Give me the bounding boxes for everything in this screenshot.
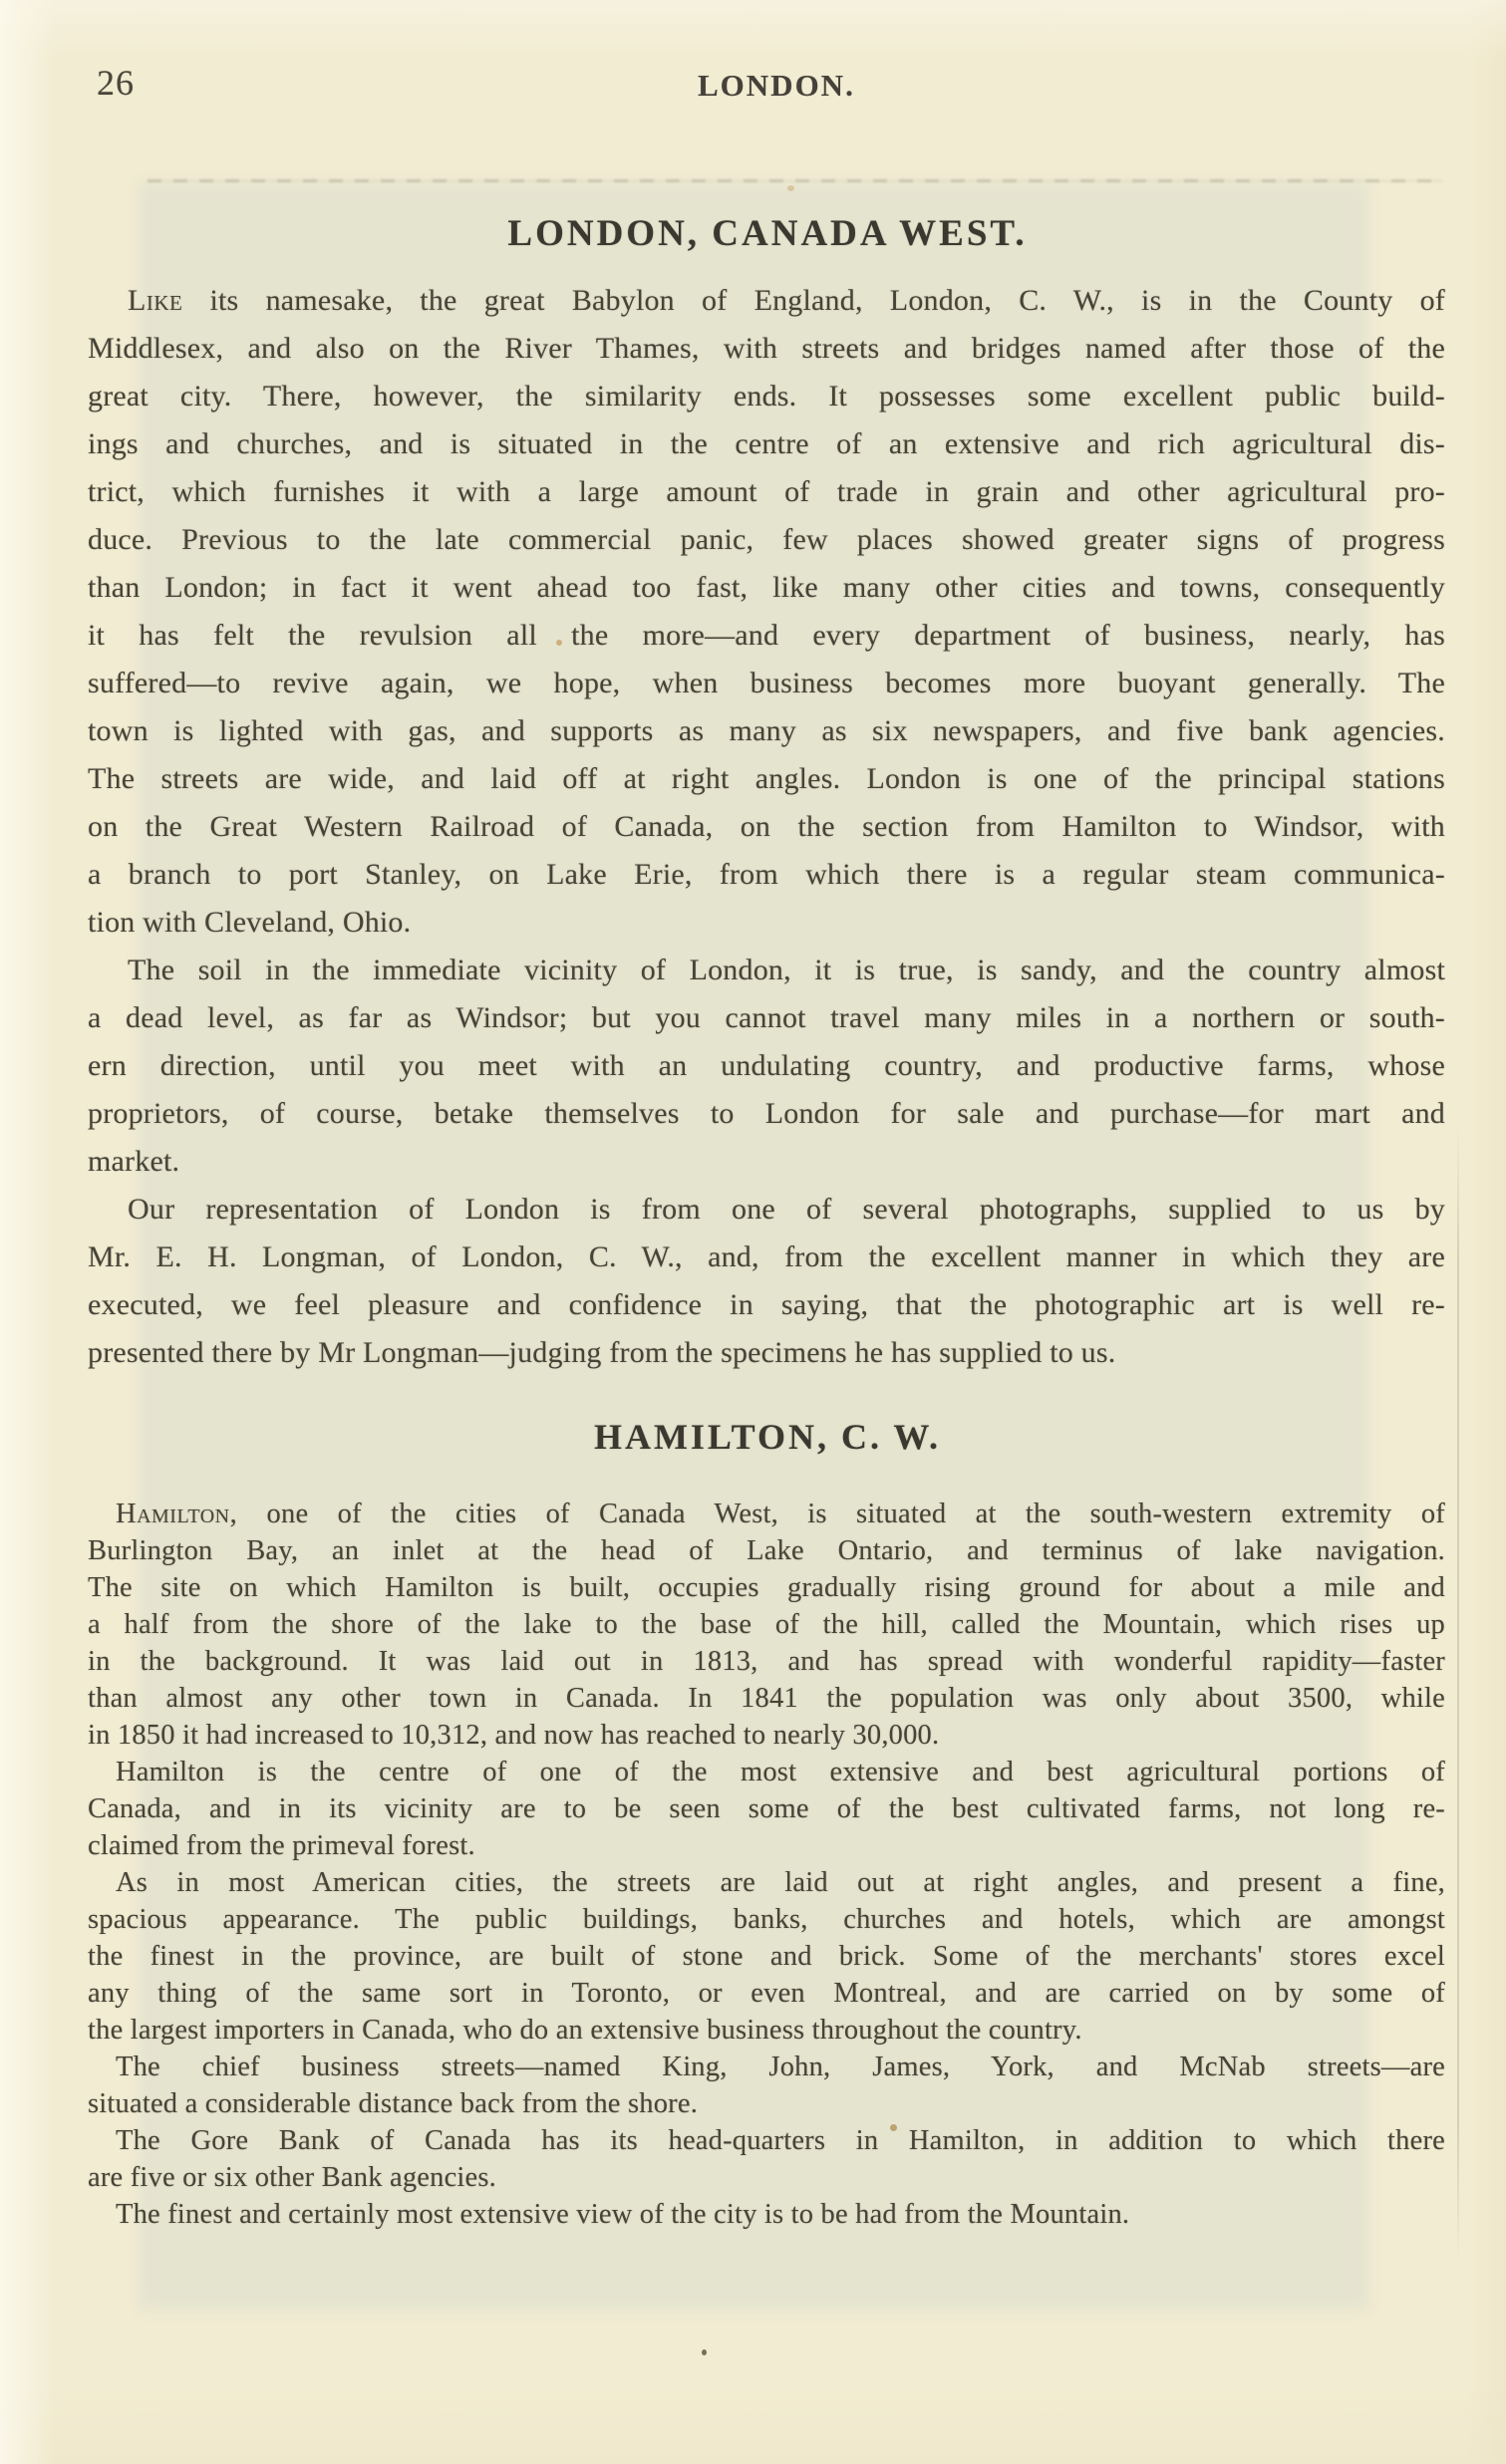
section-body-london: Like its namesake, the great Babylon of … xyxy=(88,277,1445,1377)
text-line: presented there by Mr Longman—judging fr… xyxy=(88,1329,1445,1377)
text-line: The soil in the immediate vicinity of Lo… xyxy=(88,947,1445,994)
text-line: on the Great Western Railroad of Canada,… xyxy=(88,803,1445,851)
text-line: market. xyxy=(88,1138,1445,1186)
text-line: Middlesex, and also on the River Thames,… xyxy=(88,325,1445,373)
text-line: spacious appearance. The public building… xyxy=(88,1901,1445,1938)
text-line: The finest and certainly most extensive … xyxy=(88,2196,1445,2233)
scan-speck-artifact xyxy=(702,2349,707,2355)
text-line: a half from the shore of the lake to the… xyxy=(88,1606,1445,1643)
text-line: Canada, and in its vicinity are to be se… xyxy=(88,1790,1445,1827)
text-line: As in most American cities, the streets … xyxy=(88,1864,1445,1901)
paragraph: Hamilton, one of the cities of Canada We… xyxy=(88,1496,1445,1754)
text-line: ings and churches, and is situated in th… xyxy=(88,420,1445,468)
text-line: Mr. E. H. Longman, of London, C. W., and… xyxy=(88,1233,1445,1281)
text-line: than almost any other town in Canada. In… xyxy=(88,1680,1445,1717)
section-heading-hamilton: HAMILTON, C. W. xyxy=(90,1416,1445,1458)
text-line: great city. There, however, the similari… xyxy=(88,373,1445,420)
text-line: in the background. It was laid out in 18… xyxy=(88,1643,1445,1680)
scan-crease-artifact xyxy=(1457,1126,1459,2262)
paragraph: Like its namesake, the great Babylon of … xyxy=(88,277,1445,947)
text-line: Hamilton is the centre of one of the mos… xyxy=(88,1754,1445,1790)
text-line: duce. Previous to the late commercial pa… xyxy=(88,516,1445,564)
text-line: tion with Cleveland, Ohio. xyxy=(88,899,1445,947)
text-line: any thing of the same sort in Toronto, o… xyxy=(88,1975,1445,2012)
text-line: town is lighted with gas, and supports a… xyxy=(88,707,1445,755)
paragraph: Hamilton is the centre of one of the mos… xyxy=(88,1754,1445,1864)
scan-speck-artifact xyxy=(787,185,794,191)
paragraph: As in most American cities, the streets … xyxy=(88,1864,1445,2049)
paragraph: The Gore Bank of Canada has its head-qua… xyxy=(88,2122,1445,2196)
text-line: a branch to port Stanley, on Lake Erie, … xyxy=(88,851,1445,899)
paragraph: Our representation of London is from one… xyxy=(88,1186,1445,1377)
text-line: the largest importers in Canada, who do … xyxy=(88,2012,1445,2049)
text-line: claimed from the primeval forest. xyxy=(88,1827,1445,1864)
lead-word-smallcaps: Like xyxy=(128,284,182,317)
text-line: situated a considerable distance back fr… xyxy=(88,2085,1445,2122)
text-line: ern direction, until you meet with an un… xyxy=(88,1042,1445,1090)
text-line: than London; in fact it went ahead too f… xyxy=(88,564,1445,612)
text-line: The site on which Hamilton is built, occ… xyxy=(88,1569,1445,1606)
text-line: trict, which furnishes it with a large a… xyxy=(88,468,1445,516)
paragraph: The chief business streets—named King, J… xyxy=(88,2049,1445,2122)
section-heading-london: LONDON, CANADA WEST. xyxy=(90,212,1445,255)
text-line: Burlington Bay, an inlet at the head of … xyxy=(88,1532,1445,1569)
book-page: 26 LONDON. LONDON, CANADA WEST. Like its… xyxy=(0,0,1506,2464)
text-line: executed, we feel pleasure and confidenc… xyxy=(88,1281,1445,1329)
text-line: Our representation of London is from one… xyxy=(88,1186,1445,1233)
text-line: Like its namesake, the great Babylon of … xyxy=(88,277,1445,325)
page-number: 26 xyxy=(97,62,135,104)
lead-word-smallcaps: Hamilton, xyxy=(116,1499,237,1529)
running-header: LONDON. xyxy=(698,68,855,104)
section-body-hamilton: Hamilton, one of the cities of Canada We… xyxy=(88,1496,1445,2233)
text-line: are five or six other Bank agencies. xyxy=(88,2159,1445,2196)
paragraph: The finest and certainly most extensive … xyxy=(88,2196,1445,2233)
text-line: suffered—to revive again, we hope, when … xyxy=(88,660,1445,707)
text-line: The streets are wide, and laid off at ri… xyxy=(88,755,1445,803)
text-line: it has felt the revulsion all the more—a… xyxy=(88,612,1445,660)
text-line: proprietors, of course, betake themselve… xyxy=(88,1090,1445,1138)
text-line: Hamilton, one of the cities of Canada We… xyxy=(88,1496,1445,1532)
text-line: the finest in the province, are built of… xyxy=(88,1938,1445,1975)
paragraph: The soil in the immediate vicinity of Lo… xyxy=(88,947,1445,1186)
text-line: a dead level, as far as Windsor; but you… xyxy=(88,994,1445,1042)
text-line: in 1850 it had increased to 10,312, and … xyxy=(88,1717,1445,1754)
scan-smudge-line-artifact xyxy=(148,179,1443,182)
text-line: The chief business streets—named King, J… xyxy=(88,2049,1445,2085)
text-line: The Gore Bank of Canada has its head-qua… xyxy=(88,2122,1445,2159)
